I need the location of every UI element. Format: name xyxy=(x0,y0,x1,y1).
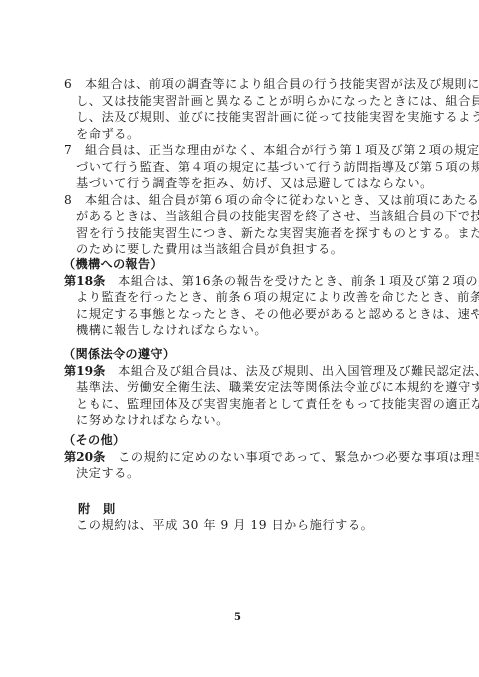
article-19-line-4: に努めなければならない。 xyxy=(76,412,229,428)
article-20-number: 第20条 xyxy=(64,450,105,464)
article-18-line-2: より監査を行ったとき、前条６項の規定により改善を命じたとき、前条７項 xyxy=(76,289,479,305)
item-7-line-3: 基づいて行う調査等を拒み、妨げ、又は忌避してはならない。 xyxy=(76,175,433,191)
article-19-number: 第19条 xyxy=(64,364,105,378)
article-19-line-2: 基準法、労働安全衛生法、職業安定法等関係法令並びに本規約を遵守すると xyxy=(76,379,479,395)
article-18-first-line: 第18条 本組合は、第16条の報告を受けたとき、前条１項及び第２項の規定に xyxy=(64,273,479,289)
item-6-line-2: し、又は技能実習計画と異なることが明らかになったときには、組合員に対 xyxy=(76,93,479,109)
article-19-first-text: 本組合及び組合員は、法及び規則、出入国管理及び難民認定法、労働 xyxy=(105,364,479,378)
document-page: 6 本組合は、前項の調査等により組合員の行う技能実習が法及び規則に違反 し、又は… xyxy=(0,0,479,677)
article-20-line-2: 決定する。 xyxy=(76,465,140,481)
item-6-line-3: し、法及び規則、並びに技能実習計画に従って技能実習を実施するよう改善 xyxy=(76,109,479,125)
page-number: 5 xyxy=(234,612,241,623)
article-20-first-line: 第20条 この規約に定めのない事項であって、緊急かつ必要な事項は理事会で xyxy=(64,449,479,465)
item-7-line-1: 7 組合員は、正当な理由がなく、本組合が行う第１項及び第２項の規定に基 xyxy=(64,142,479,158)
article-19-first-line: 第19条 本組合及び組合員は、法及び規則、出入国管理及び難民認定法、労働 xyxy=(64,363,479,379)
article-18-first-text: 本組合は、第16条の報告を受けたとき、前条１項及び第２項の規定に xyxy=(105,274,479,288)
item-6-line-1: 6 本組合は、前項の調査等により組合員の行う技能実習が法及び規則に違反 xyxy=(64,76,479,92)
article-18-line-4: 機構に報告しなければならない。 xyxy=(76,322,267,338)
item-8-line-1: 8 本組合は、組合員が第６項の命令に従わないとき、又は前項にあたる事実 xyxy=(64,192,479,208)
item-7-line-2: づいて行う監査、第４項の規定に基づいて行う訪問指導及び第５項の規定に xyxy=(76,159,479,175)
article-20-heading: （その他） xyxy=(63,432,125,448)
article-20-first-text: この規約に定めのない事項であって、緊急かつ必要な事項は理事会で xyxy=(105,450,479,464)
article-18-heading: （機構への報告） xyxy=(63,256,163,272)
article-19-line-3: ともに、監理団体及び実習実施者として責任をもって技能実習の適正な実施 xyxy=(76,396,479,412)
item-8-line-4: のために要した費用は当該組合員が負担する。 xyxy=(76,241,344,257)
item-8-line-3: 習を行う技能実習生につき、新たな実習実施者を探すものとする。また、そ xyxy=(76,225,479,241)
article-18-line-3: に規定する事態となったとき、その他必要があると認めるときは、速やかに xyxy=(76,306,479,322)
item-6-line-4: を命ずる。 xyxy=(76,126,140,142)
supplementary-text: この規約は、平成 30 年 9 月 19 日から施行する。 xyxy=(76,517,373,533)
article-18-number: 第18条 xyxy=(64,274,105,288)
supplementary-heading: 附 則 xyxy=(78,501,115,517)
item-8-line-2: があるときは、当該組合員の技能実習を終了させ、当該組合員の下で技能実 xyxy=(76,208,479,224)
article-19-heading: （関係法令の遵守） xyxy=(63,346,175,362)
